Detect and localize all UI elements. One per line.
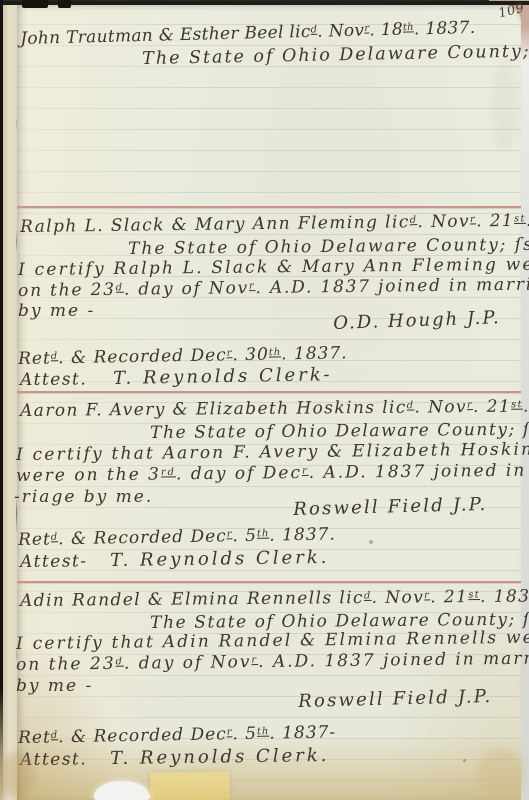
entry-3-attest-label: Attest- [20, 551, 88, 572]
scan-top-edge [0, 1, 529, 5]
entry-2-clerk-signature: T. Reynolds Clerk- [113, 364, 333, 389]
entry-3-certify-line-3: -riage by me. [14, 487, 153, 507]
entry-separator-rule [17, 391, 521, 393]
right-margin-stain [492, 60, 518, 150]
bottom-right-stain [478, 748, 524, 798]
scan-left-edge [0, 0, 3, 800]
entry-2-certify-line-3: by me - [18, 301, 95, 321]
binding-tab [58, 0, 71, 8]
entry-separator-rule [17, 581, 521, 583]
bottom-left-stain [0, 752, 34, 798]
repair-tape-patch [150, 772, 230, 800]
scanned-ledger-document: 109 John Trautman & Esther Beel licd. No… [0, 0, 529, 800]
entry-2-attest-label: Attest. [20, 369, 87, 390]
ink-speck [369, 540, 373, 544]
entry-3-clerk-signature: T. Reynolds Clerk. [110, 547, 330, 571]
binding-tab [22, 0, 48, 8]
ink-speck [463, 759, 466, 762]
entry-separator-rule [17, 206, 521, 208]
entry-4-clerk-signature: T. Reynolds Clerk. [110, 745, 330, 769]
entry-4-certify-line-3: by me - [16, 676, 93, 696]
